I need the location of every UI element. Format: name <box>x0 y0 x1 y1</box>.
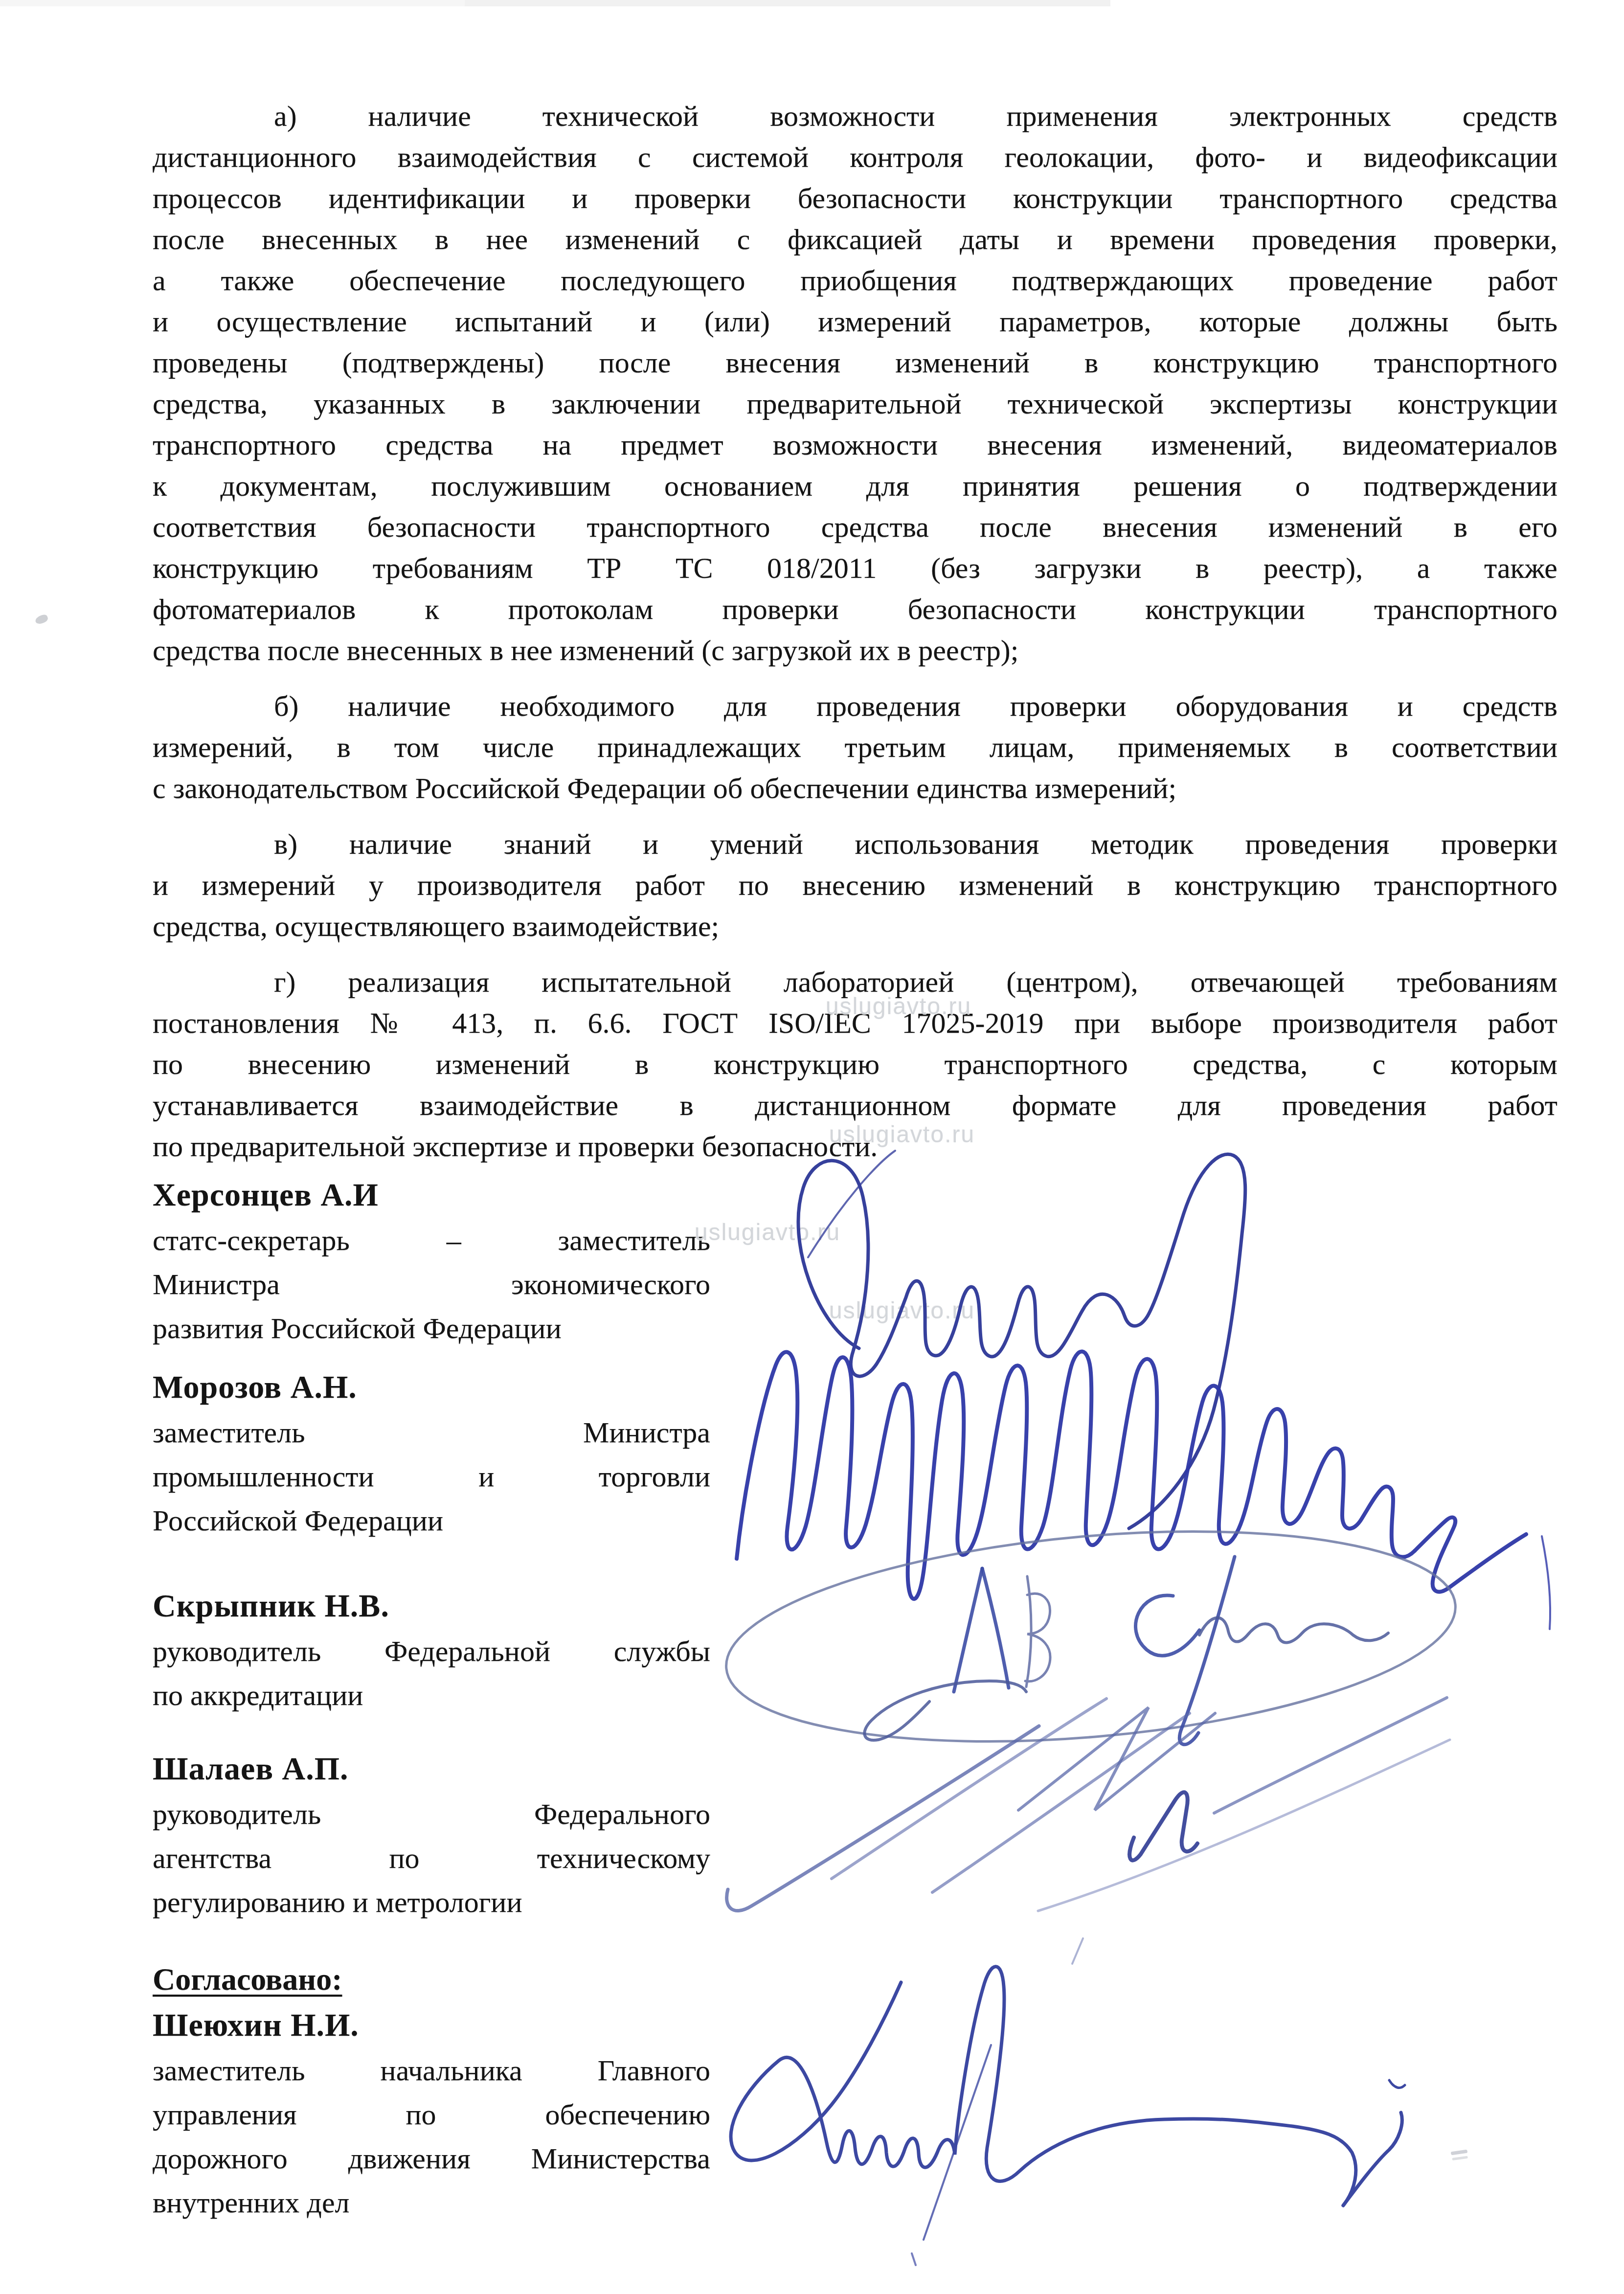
text-line: устанавливается взаимодействие в дистанц… <box>153 1085 1557 1126</box>
signature-skrypnik-ink <box>718 1505 1464 1769</box>
text-line: а) наличие технической возможности приме… <box>153 95 1557 136</box>
text-line: фотоматериалов к протоколам проверки без… <box>153 589 1557 630</box>
signature-morozov-ink <box>737 1351 1550 1629</box>
text-line: и измерений у производителя работ по вне… <box>153 864 1557 906</box>
signatory-name: Скрыпник Н.В. <box>153 1583 710 1629</box>
paragraph-point-b: б) наличие необходимого для проведения п… <box>153 685 1557 809</box>
signatory-title-line: агентства по техническому <box>153 1836 710 1880</box>
signature-khersontsev-ink <box>798 1151 1245 1528</box>
paragraph-point-v: в) наличие знаний и умений использования… <box>153 823 1557 947</box>
signatory-block: Шалаев А.П.руководитель Федеральногоаген… <box>153 1746 710 1924</box>
signatory-title-line: управления по обеспечению <box>153 2092 710 2136</box>
signatory-name: Шеюхин Н.И. <box>153 2002 710 2048</box>
text-line: средства после внесенных в нее изменений… <box>153 630 1557 671</box>
watermark: uslugiavto.ru <box>695 1219 840 1246</box>
signatory-name: Шалаев А.П. <box>153 1746 710 1792</box>
signatory-title-line: дорожного движения Министерства <box>153 2136 710 2180</box>
signatory-title-line: развития Российской Федерации <box>153 1306 710 1350</box>
watermark: uslugiavto.ru <box>829 1297 975 1324</box>
signatory-title-line: статс-секретарь – заместитель <box>153 1218 710 1262</box>
signatory-block: Скрыпник Н.В.руководитель Федеральной сл… <box>153 1583 710 1717</box>
signatory-name: Морозов А.Н. <box>153 1364 710 1410</box>
scan-speck-artifact <box>1451 2150 1468 2156</box>
text-line: конструкцию требованиям ТР ТС 018/2011 (… <box>153 547 1557 589</box>
signatory-title-line: внутренних дел <box>153 2180 710 2225</box>
text-line: средства, осуществляющего взаимодействие… <box>153 906 1557 947</box>
paragraph-point-a: а) наличие технической возможности приме… <box>153 95 1557 671</box>
text-line: дистанционного взаимодействия с системой… <box>153 136 1557 178</box>
scan-edge-artifact <box>465 0 1110 6</box>
text-line: проведены (подтверждены) после внесения … <box>153 342 1557 383</box>
signatory-name: Херсонцев А.И <box>153 1172 710 1218</box>
text-line: к документам, послужившим основанием для… <box>153 465 1557 506</box>
text-line: по внесению изменений в конструкцию тран… <box>153 1044 1557 1085</box>
watermark: uslugiavto.ru <box>826 993 971 1020</box>
signature-sheyukhin-ink <box>731 1967 1405 2265</box>
text-line: б) наличие необходимого для проведения п… <box>153 685 1557 727</box>
signatory-title-line: промышленности и торговли <box>153 1454 710 1499</box>
signatory-block: Согласовано:Шеюхин Н.И.заместитель начал… <box>153 1957 710 2225</box>
text-line: транспортного средства на предмет возмож… <box>153 424 1557 465</box>
signatory-title-line: регулированию и метрологии <box>153 1880 710 1924</box>
text-line: с законодательством Российской Федерации… <box>153 768 1557 809</box>
signatory-title-line: по аккредитации <box>153 1673 710 1717</box>
text-line: процессов идентификации и проверки безоп… <box>153 178 1557 219</box>
watermark: uslugiavto.ru <box>829 1121 975 1148</box>
signatory-title-line: Российской Федерации <box>153 1499 710 1543</box>
agreed-label: Согласовано: <box>153 1957 710 2002</box>
signatory-block: Морозов А.Н.заместитель Министрапромышле… <box>153 1364 710 1543</box>
scanned-document-page: а) наличие технической возможности приме… <box>0 0 1624 2294</box>
text-line: после внесенных в нее изменений с фиксац… <box>153 219 1557 260</box>
signature-shalaev-ink <box>727 1698 1450 1964</box>
signatory-title-line: руководитель Федеральной службы <box>153 1629 710 1673</box>
text-line: и осуществление испытаний и (или) измере… <box>153 301 1557 342</box>
text-line: в) наличие знаний и умений использования… <box>153 823 1557 864</box>
signatory-title-line: заместитель Министра <box>153 1410 710 1454</box>
scan-speck-artifact <box>34 613 49 625</box>
text-line: измерений, в том числе принадлежащих тре… <box>153 727 1557 768</box>
signatory-title-line: руководитель Федерального <box>153 1792 710 1836</box>
signatory-title-line: заместитель начальника Главного <box>153 2048 710 2092</box>
signatory-title-line: Министра экономического <box>153 1262 710 1306</box>
signatory-block: Херсонцев А.Истатс-секретарь – заместите… <box>153 1172 710 1350</box>
text-line: а также обеспечение последующего приобще… <box>153 260 1557 301</box>
text-line: соответствия безопасности транспортного … <box>153 506 1557 547</box>
text-line: средства, указанных в заключении предвар… <box>153 383 1557 424</box>
